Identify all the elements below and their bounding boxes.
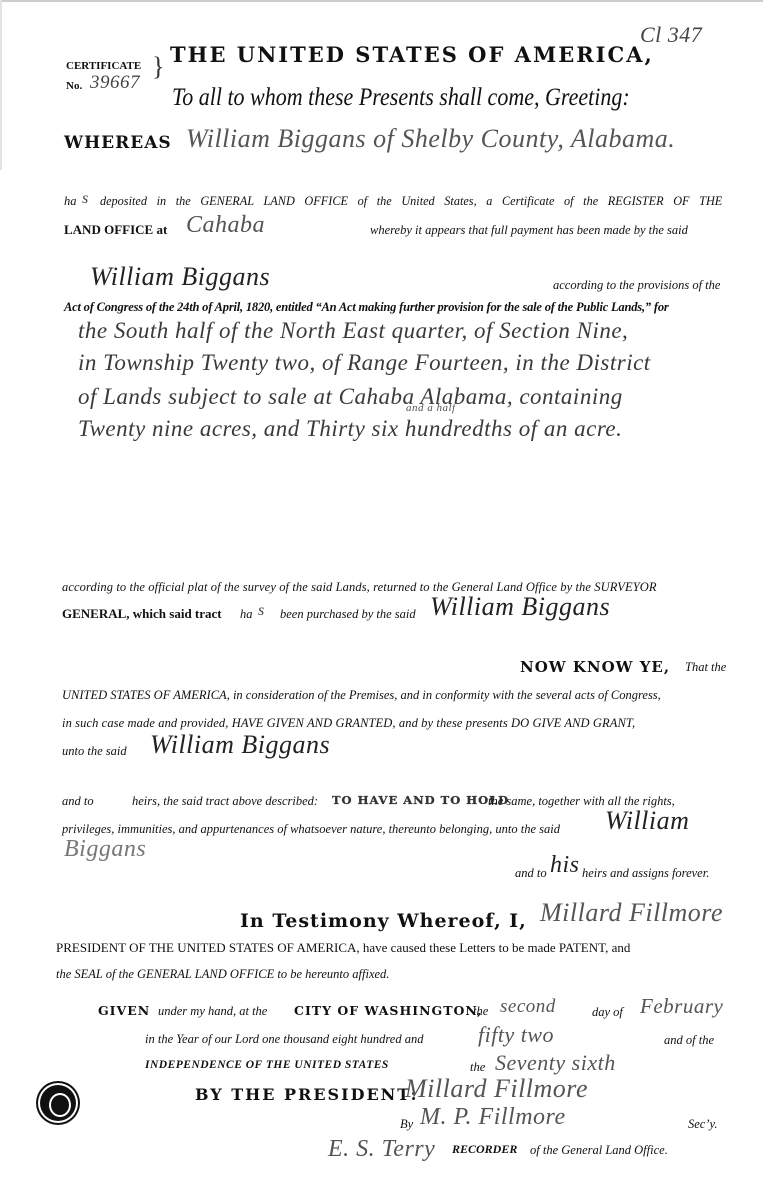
- to-have-and-to-hold: TO HAVE AND TO HOLD: [332, 793, 509, 807]
- grant-grantee-name: William Biggans: [150, 730, 330, 760]
- independence-label: INDEPENDENCE OF THE UNITED STATES: [145, 1059, 389, 1071]
- habendum-and-to: and to: [62, 794, 94, 809]
- habendum-line-2: privileges, immunities, and appurtenance…: [62, 822, 560, 837]
- secretary-suffix: Sec’y.: [688, 1117, 718, 1132]
- testimonium-line-2: the SEAL of the GENERAL LAND OFFICE to b…: [56, 967, 389, 982]
- given-day: second: [500, 996, 556, 1018]
- habendum-line-1: heirs, the said tract above described:: [132, 794, 318, 809]
- grantee-name: William Biggans: [90, 262, 270, 292]
- certificate-label: CERTIFICATE: [66, 60, 141, 72]
- greeting: To all to whom these Presents shall come…: [172, 84, 630, 112]
- grant-line-1: UNITED STATES OF AMERICA, in considerati…: [62, 688, 661, 703]
- general-land-office-seal-icon: [40, 1085, 76, 1121]
- secretary-signature: M. P. Fillmore: [420, 1104, 566, 1131]
- recital-line-1: deposited in the GENERAL LAND OFFICE of …: [100, 194, 722, 209]
- recital-line-2-suffix: whereby it appears that full payment has…: [370, 223, 688, 238]
- habendum-closing-prefix: and to: [515, 866, 547, 881]
- given-year: fifty two: [478, 1022, 554, 1048]
- recorder-label: RECORDER: [452, 1142, 517, 1157]
- whereas-label: WHEREAS: [64, 133, 172, 153]
- given-month: February: [640, 994, 723, 1019]
- land-office-name: Cahaba: [186, 212, 265, 239]
- description-line-3: of Lands subject to sale at Cahaba Alaba…: [78, 384, 623, 410]
- scan-edge-top: [0, 0, 763, 2]
- survey-line-2-prefix: GENERAL, which said tract: [62, 606, 222, 622]
- description-insertion: and a half: [406, 402, 456, 414]
- given-the: the: [473, 1004, 488, 1019]
- description-line-2: in Township Twenty two, of Range Fourtee…: [78, 350, 651, 376]
- recorder-signature: E. S. Terry: [328, 1136, 435, 1163]
- by-the-president-label: BY THE PRESIDENT:: [195, 1085, 419, 1104]
- habendum-pronoun: his: [550, 852, 580, 879]
- by-label: By: [400, 1117, 413, 1132]
- habendum-grantee-last: Biggans: [64, 836, 146, 863]
- certificate-number-label: No.: [66, 80, 82, 92]
- president-signature-testimonium: Millard Fillmore: [540, 898, 723, 928]
- survey-ha-suffix: s: [258, 602, 265, 620]
- now-know-ye: NOW KNOW YE,: [520, 658, 670, 676]
- survey-ha: ha: [240, 607, 253, 622]
- scan-edge-left: [0, 0, 2, 170]
- act-text: Act of Congress of the 24th of April, 18…: [64, 300, 669, 315]
- given-and-of-the: and of the: [664, 1033, 714, 1048]
- grantee-clause: William Biggans of Shelby County, Alabam…: [186, 124, 675, 154]
- grant-line-2: in such case made and provided, HAVE GIV…: [62, 716, 635, 731]
- given-city: CITY OF WASHINGTON,: [294, 1003, 482, 1018]
- provisions-text: according to the provisions of the: [553, 278, 720, 293]
- president-signature: Millard Fillmore: [405, 1074, 588, 1104]
- description-line-1: the South half of the North East quarter…: [78, 318, 628, 344]
- independence-year: Seventy sixth: [495, 1050, 616, 1076]
- description-line-4: Twenty nine acres, and Thirty six hundre…: [78, 416, 622, 442]
- certificate-number: 39667: [90, 72, 140, 94]
- brace: }: [152, 52, 164, 82]
- habendum-grantee-first: William: [605, 806, 689, 836]
- given-label: GIVEN: [98, 1003, 150, 1018]
- survey-grantee-name: William Biggans: [430, 592, 610, 622]
- given-year-text: in the Year of our Lord one thousand eig…: [145, 1032, 423, 1047]
- recorder-suffix: of the General Land Office.: [530, 1143, 668, 1158]
- given-text: under my hand, at the: [158, 1004, 267, 1019]
- recital-ha-suffix: s: [82, 190, 89, 208]
- recital-line-2-prefix: LAND OFFICE at: [64, 222, 167, 238]
- that-the: That the: [685, 660, 726, 675]
- recital-ha: ha: [64, 194, 77, 209]
- grant-unto-label: unto the said: [62, 744, 127, 759]
- testimonium-line-1: PRESIDENT OF THE UNITED STATES OF AMERIC…: [56, 940, 630, 956]
- habendum-closing-suffix: heirs and assigns forever.: [582, 866, 709, 881]
- given-day-of: day of: [592, 1005, 623, 1020]
- survey-line-2-suffix: been purchased by the said: [280, 607, 416, 622]
- testimonium-heading: In Testimony Whereof, I,: [240, 910, 527, 932]
- independence-the: the: [470, 1060, 485, 1075]
- document-title: THE UNITED STATES OF AMERICA,: [170, 42, 654, 67]
